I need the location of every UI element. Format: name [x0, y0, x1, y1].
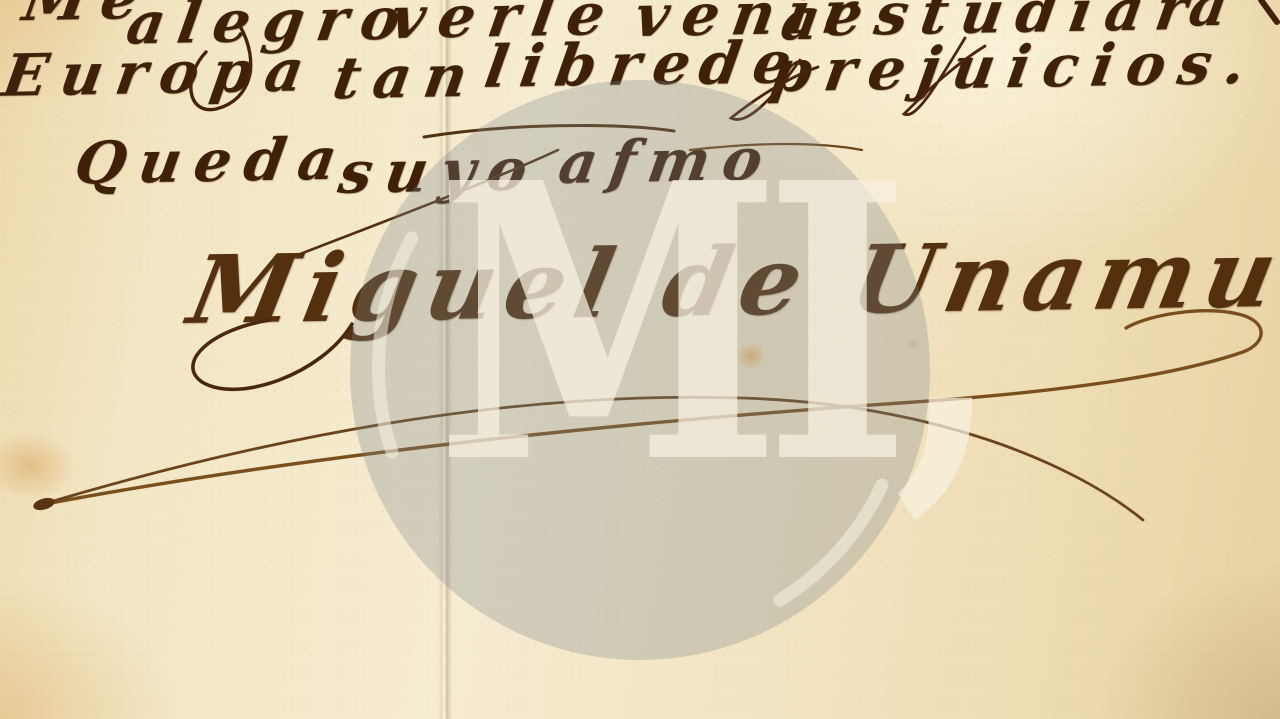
- paraph-underline-lower: [40, 397, 1143, 520]
- signature-flourish-strokes: [0, 0, 1280, 719]
- handwriting-layer: Me alegro verle venir a estudiar á Europ…: [0, 0, 1280, 719]
- g-descender-loop: [191, 26, 251, 110]
- scanned-letter-image: Me alegro verle venir a estudiar á Europ…: [0, 0, 1280, 719]
- p-descender-flourish: [731, 60, 818, 119]
- signature-start-loop: [193, 320, 352, 389]
- j-descender-flourish: [904, 38, 985, 115]
- t-bar-flourish: [424, 125, 674, 137]
- corner-ink-mark: [1261, 0, 1277, 22]
- paraph-underline-upper: [40, 311, 1261, 505]
- paraph-ink-blob: [32, 496, 56, 513]
- y-tail-flourish: [295, 150, 558, 256]
- t-bar-flourish-2: [690, 144, 862, 150]
